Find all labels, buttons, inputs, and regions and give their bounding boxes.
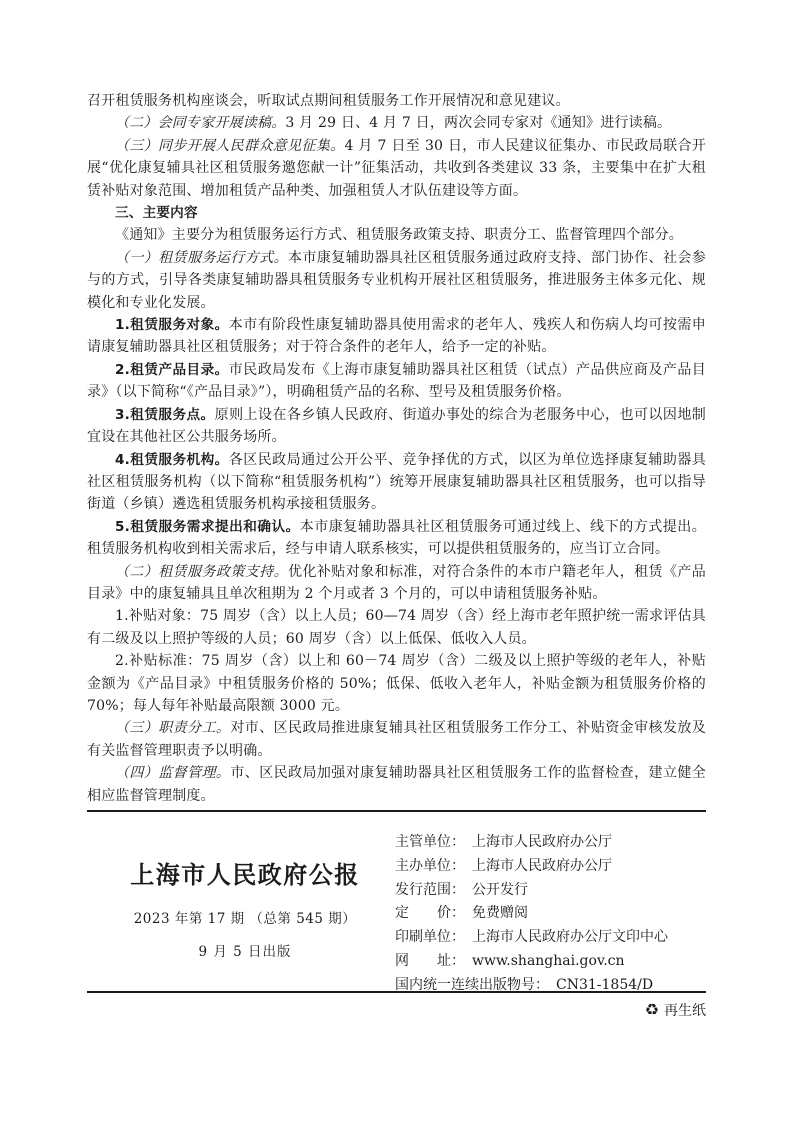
gazette-page: 召开租赁服务机构座谈会，听取试点期间租赁服务工作开展情况和意见建议。（二）会同专…: [0, 0, 793, 1122]
paragraph: （二）会同专家开展读稿。3 月 29 日、4 月 7 日，两次会同专家对《通知》…: [87, 112, 706, 134]
text-run: 召开租赁服务机构座谈会，听取试点期间租赁服务工作开展情况和意见建议。: [87, 93, 570, 109]
recycle-icon: ♻: [645, 1002, 659, 1018]
paragraph: 4.租赁服务机构。各区民政局通过公开公平、竞争择优的方式，以区为单位选择康复辅助…: [87, 449, 706, 516]
text-run: （三）职责分工。: [115, 720, 230, 736]
publisher-info-label: 发行范围：: [395, 882, 465, 898]
gazette-title: 上海市人民政府公报: [97, 855, 393, 890]
paragraph: 1.租赁服务对象。本市有阶段性康复辅助器具使用需求的老年人、残疾人和伤病人均可按…: [87, 314, 706, 359]
publisher-info-label: 定 价：: [395, 905, 465, 921]
masthead-title-block: 上海市人民政府公报 2023 年第 17 期 （总第 545 期） 9 月 5 …: [97, 855, 393, 960]
recycled-paper-label: 再生纸: [664, 1000, 706, 1020]
paragraph: （三）同步开展人民群众意见征集。4 月 7 日至 30 日，市人民建议征集办、市…: [87, 135, 706, 202]
publisher-info-label: 主办单位：: [395, 858, 465, 874]
paragraph: 2.租赁产品目录。市民政局发布《上海市康复辅助器具社区租赁（试点）产品供应商及产…: [87, 359, 706, 404]
publisher-info-value: www.shanghai.gov.cn: [472, 953, 625, 969]
publisher-info-value: 上海市人民政府办公厅: [472, 834, 612, 850]
paragraph: 3.租赁服务点。原则上设在各乡镇人民政府、街道办事处的综合为老服务中心，也可以因…: [87, 404, 706, 449]
paragraph: 《通知》主要分为租赁服务运行方式、租赁服务政策支持、职责分工、监督管理四个部分。: [87, 224, 706, 246]
paragraph: （三）职责分工。对市、区民政局推进康复辅具社区租赁服务工作分工、补贴资金审核发放…: [87, 717, 706, 762]
publisher-info-line: 国内统一连续出版物号：CN31-1854/D: [395, 974, 668, 998]
text-run: 1.补贴对象：75 周岁（含）以上人员；60—74 周岁（含）经上海市老年照护统…: [87, 608, 706, 646]
publisher-info-line: 定 价：免费赠阅: [395, 902, 668, 926]
paragraph: （一）租赁服务运行方式。本市康复辅助器具社区租赁服务通过政府支持、部门协作、社会…: [87, 247, 706, 314]
publisher-info-value: 公开发行: [472, 882, 528, 898]
paragraph: 三、主要内容: [87, 202, 706, 224]
publisher-info-list: 主管单位：上海市人民政府办公厅主办单位：上海市人民政府办公厅发行范围：公开发行定…: [395, 831, 668, 998]
document-body: 召开租赁服务机构座谈会，听取试点期间租赁服务工作开展情况和意见建议。（二）会同专…: [87, 90, 706, 807]
publisher-info-line: 印刷单位：上海市人民政府办公厅文印中心: [395, 926, 668, 950]
text-run: （二）租赁服务政策支持。: [115, 564, 288, 580]
footer-divider-bottom: [87, 991, 706, 993]
footer-divider-top: [87, 810, 706, 812]
recycled-paper-note: ♻ 再生纸: [645, 1000, 706, 1020]
paragraph: （二）租赁服务政策支持。优化补贴对象和标准，对符合条件的本市户籍老年人，租赁《产…: [87, 561, 706, 606]
paragraph: 召开租赁服务机构座谈会，听取试点期间租赁服务工作开展情况和意见建议。: [87, 90, 706, 112]
paragraph: 2.补贴标准：75 周岁（含）以上和 60－74 周岁（含）二级及以上照护等级的…: [87, 650, 706, 717]
text-run: （二）会同专家开展读稿。: [115, 115, 285, 131]
text-run: 《通知》主要分为租赁服务运行方式、租赁服务政策支持、职责分工、监督管理四个部分。: [115, 227, 683, 243]
publisher-info-line: 主办单位：上海市人民政府办公厅: [395, 855, 668, 879]
text-run: 3.租赁服务点。: [115, 407, 215, 423]
gazette-issue-number: 2023 年第 17 期 （总第 545 期）: [97, 907, 393, 927]
publisher-info-label: 印刷单位：: [395, 929, 465, 945]
publisher-info-line: 发行范围：公开发行: [395, 879, 668, 903]
publisher-info-value: 上海市人民政府办公厅文印中心: [472, 929, 668, 945]
publisher-info-value: 免费赠阅: [472, 905, 528, 921]
text-run: （一）租赁服务运行方式。: [115, 250, 288, 266]
publisher-info-label: 主管单位：: [395, 834, 465, 850]
paragraph: 5.租赁服务需求提出和确认。本市康复辅助器具社区租赁服务可通过线上、线下的方式提…: [87, 516, 706, 561]
gazette-publish-date: 9 月 5 日出版: [97, 940, 393, 960]
publisher-info-line: 主管单位：上海市人民政府办公厅: [395, 831, 668, 855]
paragraph: （四）监督管理。市、区民政局加强对康复辅助器具社区租赁服务工作的监督检查，建立健…: [87, 762, 706, 807]
text-run: 2.补贴标准：75 周岁（含）以上和 60－74 周岁（含）二级及以上照护等级的…: [87, 653, 706, 714]
text-run: 3 月 29 日、4 月 7 日，两次会同专家对《通知》进行读稿。: [285, 115, 671, 131]
text-run: （三）同步开展人民群众意见征集。: [115, 138, 345, 154]
publisher-info-value: 上海市人民政府办公厅: [472, 858, 612, 874]
publisher-info-line: 网 址：www.shanghai.gov.cn: [395, 950, 668, 974]
text-run: （四）监督管理。: [115, 765, 230, 781]
publisher-info-label: 网 址：: [395, 953, 465, 969]
text-run: 4.租赁服务机构。: [115, 452, 229, 468]
paragraph: 1.补贴对象：75 周岁（含）以上人员；60—74 周岁（含）经上海市老年照护统…: [87, 605, 706, 650]
text-run: 5.租赁服务需求提出和确认。: [115, 519, 300, 535]
text-run: 1.租赁服务对象。: [115, 317, 229, 333]
text-run: 三、主要内容: [115, 205, 198, 221]
text-run: 2.租赁产品目录。: [115, 362, 229, 378]
